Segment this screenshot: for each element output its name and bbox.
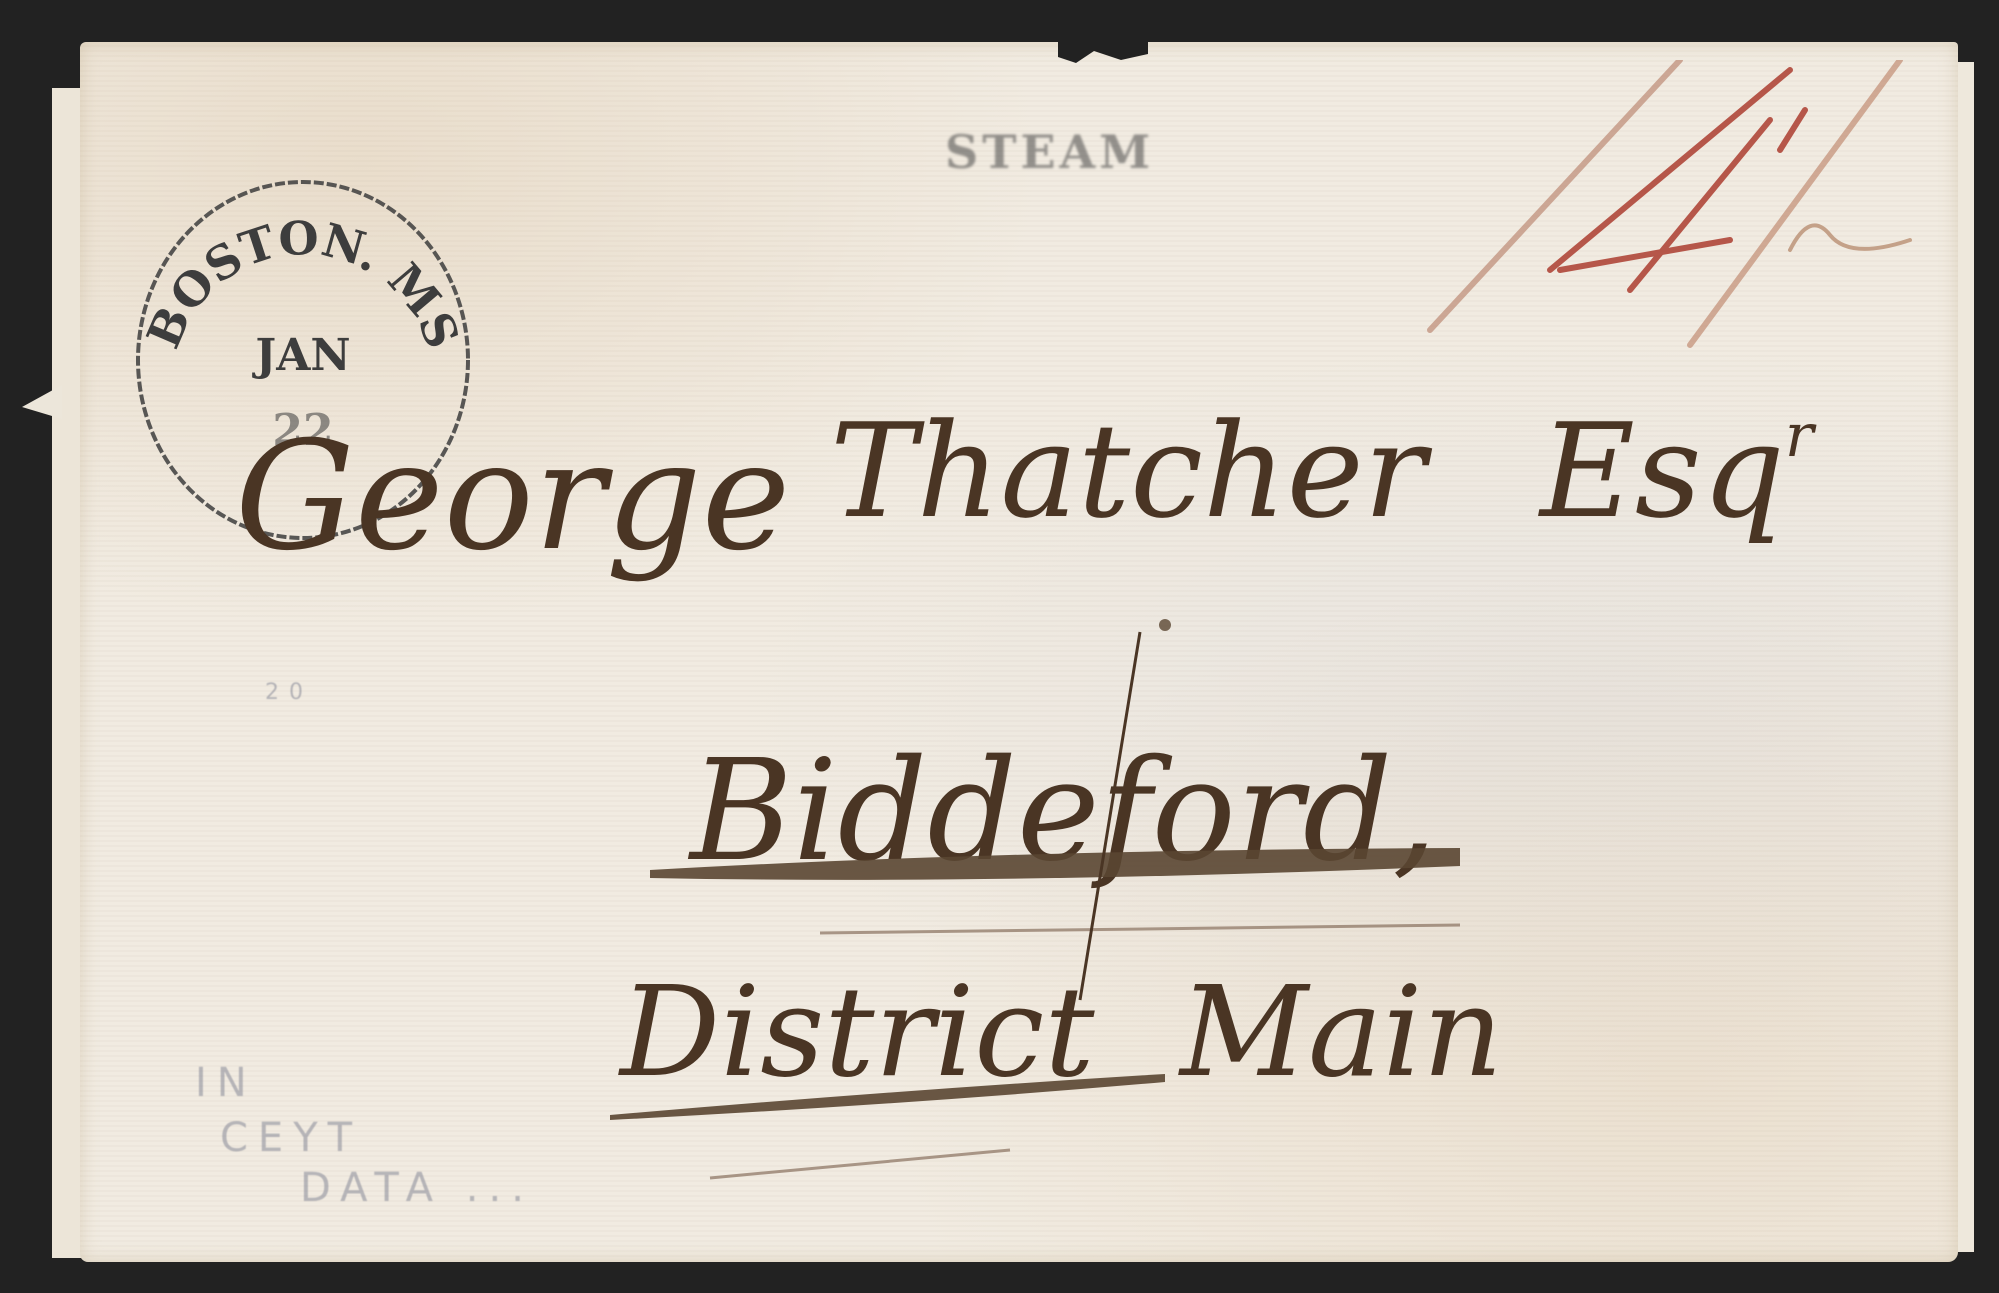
pencil-note-2: CEYT [220, 1115, 362, 1161]
pencil-note-1: IN [195, 1060, 257, 1106]
underline-strokes [0, 0, 1999, 1293]
pencil-note-3: DATA ... [300, 1165, 534, 1211]
pencil-note-4: 20 [265, 680, 313, 705]
